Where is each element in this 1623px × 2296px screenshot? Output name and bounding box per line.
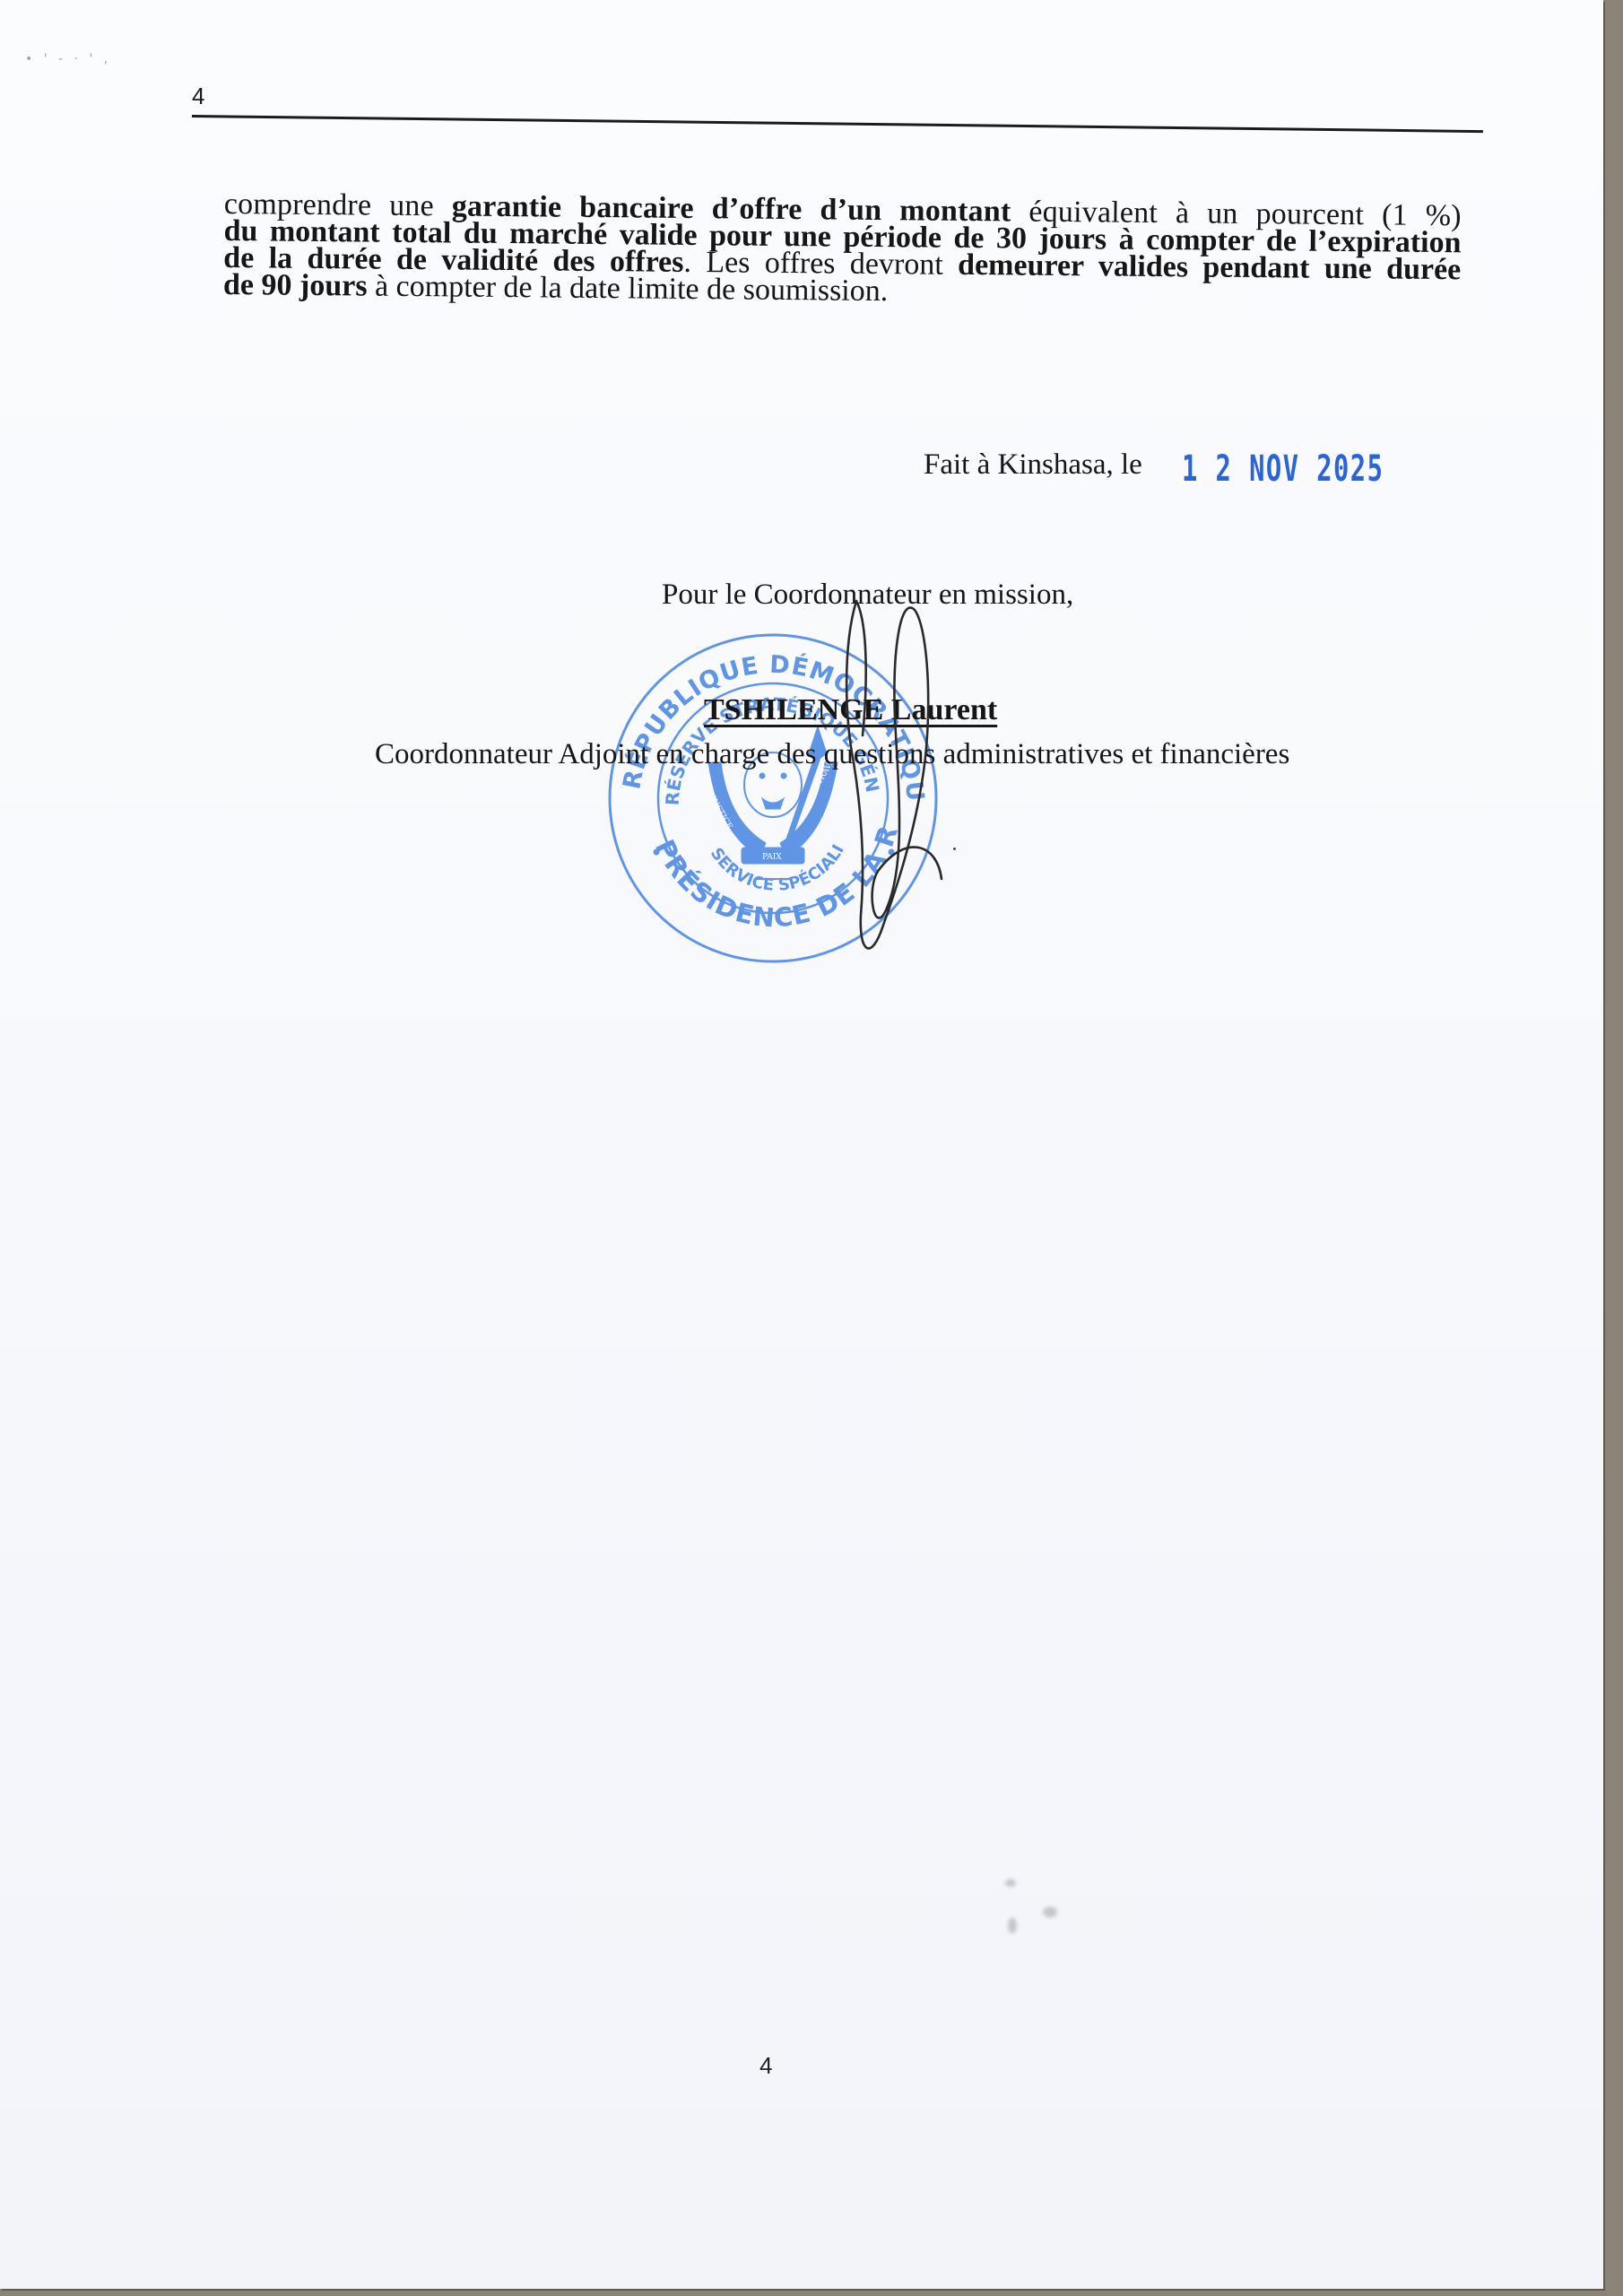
paper-smudge bbox=[1008, 1918, 1017, 1934]
bold-text-run: de 90 jours bbox=[223, 268, 368, 303]
footer-page-number: 4 bbox=[759, 2052, 772, 2080]
header-page-number: 4 bbox=[192, 83, 204, 110]
scan-artifact-marks: • ' - · ' , bbox=[25, 52, 111, 66]
date-stamp: 1 2 NOV 2025 bbox=[1182, 448, 1384, 490]
handwritten-signature-icon bbox=[780, 592, 959, 969]
paper-smudge bbox=[1005, 1879, 1016, 1887]
body-paragraph: comprendre une garantie bancaire d’offre… bbox=[223, 191, 1462, 310]
place-date-label: Fait à Kinshasa, le bbox=[924, 448, 1142, 482]
header-rule-divider bbox=[192, 115, 1483, 133]
ink-dot bbox=[953, 848, 956, 850]
document-page: • ' - · ' , 4 comprendre une garantie ba… bbox=[0, 0, 1603, 2289]
text-run: à compter de la date limite de soumissio… bbox=[367, 270, 888, 309]
paper-smudge bbox=[1043, 1907, 1057, 1918]
svg-text:PAIX: PAIX bbox=[762, 853, 782, 862]
